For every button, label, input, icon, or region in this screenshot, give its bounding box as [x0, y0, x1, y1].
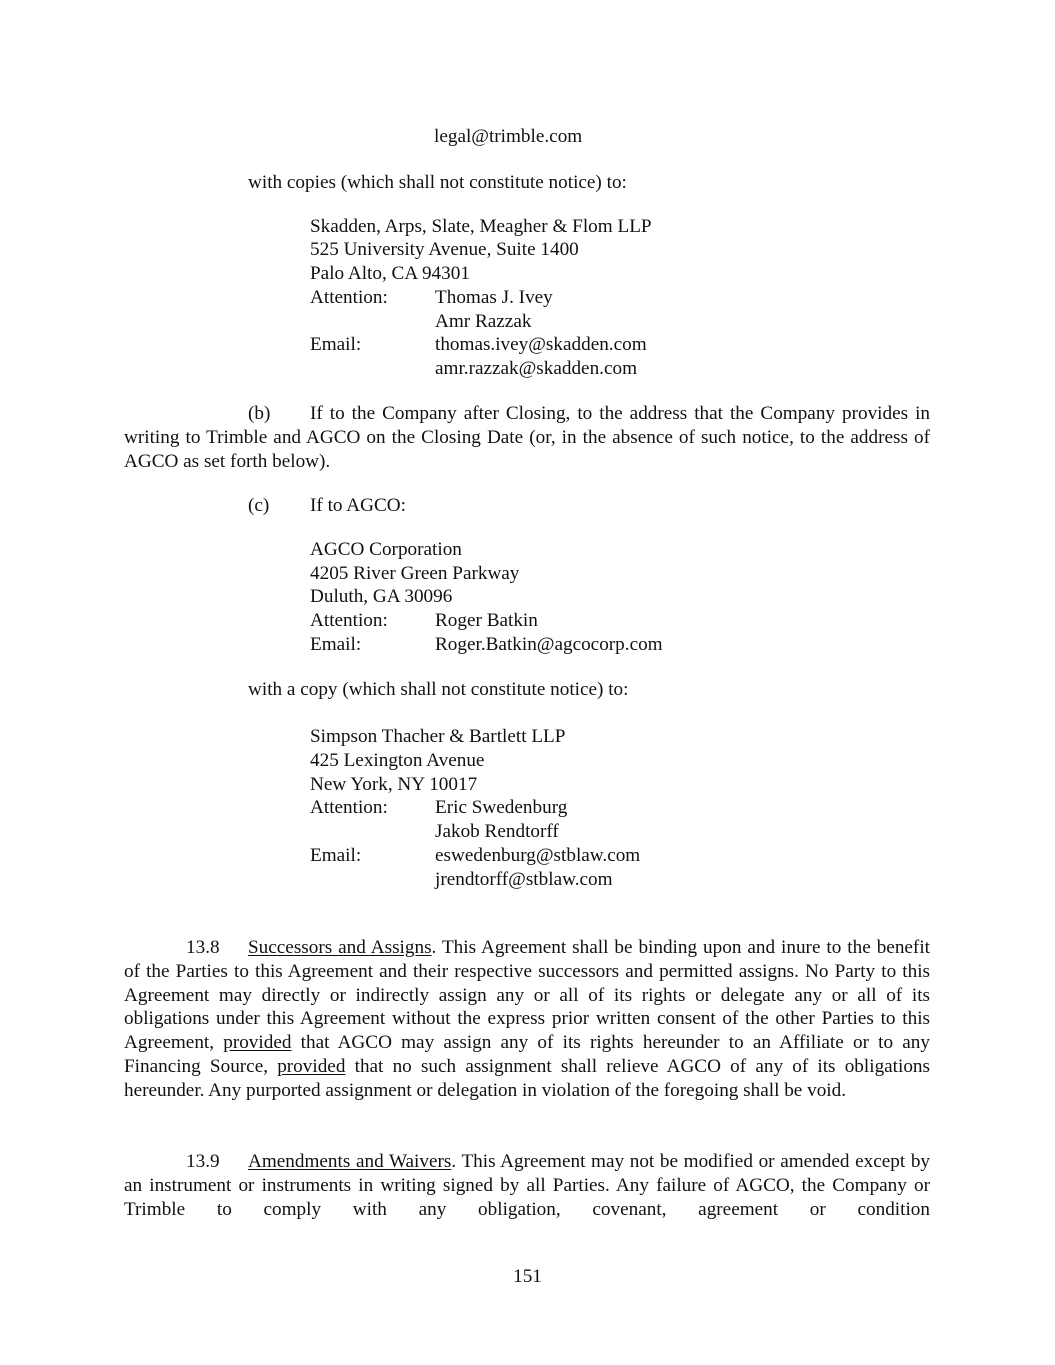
skadden-email-row: Email:thomas.ivey@skadden.com: [310, 333, 647, 357]
stb-address-line-2: New York, NY 10017: [310, 773, 477, 797]
email-label: Email:: [310, 844, 435, 868]
clause-c-text: If to AGCO:: [310, 495, 406, 516]
agco-address-line-1: 4205 River Green Parkway: [310, 562, 519, 586]
section-heading: Successors and Assigns: [248, 937, 432, 958]
clause-b-marker: (b): [248, 402, 310, 426]
section-heading: Amendments and Waivers: [248, 1151, 451, 1172]
agco-name: AGCO Corporation: [310, 538, 462, 562]
stb-attention-row: Attention:Eric Swedenburg: [310, 796, 567, 820]
email-address: amr.razzak@skadden.com: [435, 357, 637, 381]
provided-term: provided: [277, 1056, 345, 1077]
attention-name: Eric Swedenburg: [435, 797, 567, 818]
attention-name: Jakob Rendtorff: [435, 820, 559, 844]
clause-c: (c)If to AGCO:: [248, 494, 406, 518]
attention-label: Attention:: [310, 286, 435, 310]
attention-name: Thomas J. Ivey: [435, 287, 553, 308]
attention-label: Attention:: [310, 609, 435, 633]
attention-name: Roger Batkin: [435, 610, 538, 631]
section-13-8: 13.8Successors and Assigns. This Agreeme…: [124, 936, 930, 1103]
trimble-email: legal@trimble.com: [434, 125, 582, 149]
trimble-copies-intro: with copies (which shall not constitute …: [248, 171, 627, 195]
agco-address-line-2: Duluth, GA 30096: [310, 585, 452, 609]
skadden-attention-row: Attention:Thomas J. Ivey: [310, 286, 553, 310]
agco-attention-row: Attention:Roger Batkin: [310, 609, 538, 633]
clause-b-text: If to the Company after Closing, to the …: [124, 403, 930, 472]
stb-address-line-1: 425 Lexington Avenue: [310, 749, 484, 773]
attention-name: Amr Razzak: [435, 310, 531, 334]
skadden-address-line-1: 525 University Avenue, Suite 1400: [310, 238, 579, 262]
provided-term: provided: [223, 1032, 291, 1053]
email-label: Email:: [310, 633, 435, 657]
email-address: Roger.Batkin@agcocorp.com: [435, 634, 663, 655]
stb-name: Simpson Thacher & Bartlett LLP: [310, 725, 565, 749]
agco-email-row: Email:Roger.Batkin@agcocorp.com: [310, 633, 663, 657]
email-label: Email:: [310, 333, 435, 357]
attention-label: Attention:: [310, 796, 435, 820]
section-number: 13.9: [186, 1150, 248, 1174]
section-number: 13.8: [186, 936, 248, 960]
email-address: jrendtorff@stblaw.com: [435, 868, 613, 892]
email-address: thomas.ivey@skadden.com: [435, 334, 647, 355]
clause-b: (b)If to the Company after Closing, to t…: [124, 402, 930, 473]
page-number: 151: [0, 1265, 1055, 1289]
skadden-address-line-2: Palo Alto, CA 94301: [310, 262, 470, 286]
stb-email-row: Email:eswedenburg@stblaw.com: [310, 844, 640, 868]
email-address: eswedenburg@stblaw.com: [435, 845, 640, 866]
agco-copy-intro: with a copy (which shall not constitute …: [248, 678, 628, 702]
skadden-name: Skadden, Arps, Slate, Meagher & Flom LLP: [310, 215, 652, 239]
section-13-9: 13.9Amendments and Waivers. This Agreeme…: [124, 1150, 930, 1221]
clause-c-marker: (c): [248, 494, 310, 518]
